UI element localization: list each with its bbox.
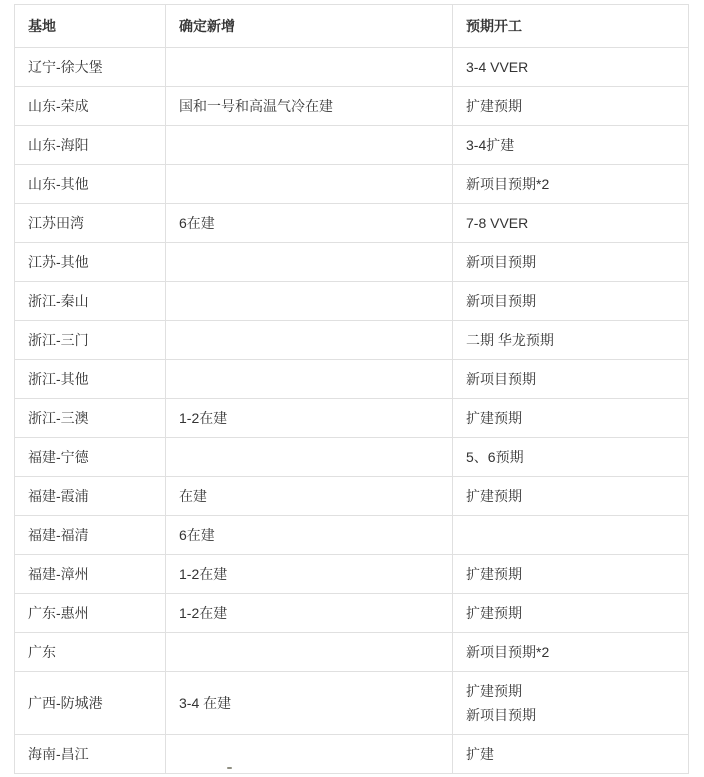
cell-base: 浙江-秦山 [15,282,166,321]
cell-confirmed [166,126,453,165]
table-row: 浙江-秦山新项目预期 [15,282,689,321]
page-artifact-dot [227,767,232,769]
cell-base: 山东-其他 [15,165,166,204]
cell-confirmed [166,633,453,672]
table-header: 基地 确定新增 预期开工 [15,5,689,48]
cell-confirmed [166,243,453,282]
cell-expected: 扩建预期 [453,477,689,516]
table-body: 辽宁-徐大堡3-4 VVER山东-荣成国和一号和高温气冷在建扩建预期山东-海阳3… [15,48,689,774]
cell-confirmed [166,165,453,204]
cell-confirmed: 3-4 在建 [166,672,453,735]
cell-expected: 扩建预期 [453,87,689,126]
cell-base: 辽宁-徐大堡 [15,48,166,87]
cell-base: 海南-昌江 [15,735,166,774]
cell-base: 江苏田湾 [15,204,166,243]
cell-confirmed [166,438,453,477]
cell-confirmed [166,48,453,87]
cell-base: 福建-福清 [15,516,166,555]
cell-expected: 新项目预期 [453,282,689,321]
cell-base: 广西-防城港 [15,672,166,735]
table-row: 福建-漳州1-2在建扩建预期 [15,555,689,594]
cell-confirmed: 6在建 [166,516,453,555]
cell-expected [453,516,689,555]
cell-confirmed: 1-2在建 [166,399,453,438]
cell-base: 山东-荣成 [15,87,166,126]
table-row: 广东-惠州1-2在建扩建预期 [15,594,689,633]
table-row: 浙江-三门二期 华龙预期 [15,321,689,360]
cell-base: 浙江-其他 [15,360,166,399]
cell-confirmed [166,360,453,399]
header-row: 基地 确定新增 预期开工 [15,5,689,48]
cell-base: 广东-惠州 [15,594,166,633]
cell-confirmed: 国和一号和高温气冷在建 [166,87,453,126]
bases-table: 基地 确定新增 预期开工 辽宁-徐大堡3-4 VVER山东-荣成国和一号和高温气… [14,4,689,774]
cell-expected: 新项目预期*2 [453,165,689,204]
cell-expected: 5、6预期 [453,438,689,477]
cell-confirmed [166,321,453,360]
cell-base: 福建-漳州 [15,555,166,594]
column-header-expected: 预期开工 [453,5,689,48]
cell-confirmed [166,282,453,321]
table-row: 江苏田湾6在建7-8 VVER [15,204,689,243]
cell-expected: 扩建 [453,735,689,774]
column-header-confirmed: 确定新增 [166,5,453,48]
table-row: 辽宁-徐大堡3-4 VVER [15,48,689,87]
cell-expected: 新项目预期*2 [453,633,689,672]
cell-expected: 新项目预期 [453,360,689,399]
table-row: 福建-宁德5、6预期 [15,438,689,477]
cell-expected: 扩建预期 新项目预期 [453,672,689,735]
cell-expected: 新项目预期 [453,243,689,282]
table-row: 山东-荣成国和一号和高温气冷在建扩建预期 [15,87,689,126]
bases-table-container: 基地 确定新增 预期开工 辽宁-徐大堡3-4 VVER山东-荣成国和一号和高温气… [14,4,688,774]
cell-base: 福建-宁德 [15,438,166,477]
cell-confirmed: 6在建 [166,204,453,243]
cell-expected: 7-8 VVER [453,204,689,243]
table-row: 山东-其他新项目预期*2 [15,165,689,204]
cell-confirmed: 1-2在建 [166,594,453,633]
table-row: 山东-海阳3-4扩建 [15,126,689,165]
table-row: 浙江-其他新项目预期 [15,360,689,399]
cell-confirmed [166,735,453,774]
table-row: 广西-防城港3-4 在建扩建预期 新项目预期 [15,672,689,735]
table-row: 广东新项目预期*2 [15,633,689,672]
cell-expected: 扩建预期 [453,594,689,633]
table-row: 福建-福清6在建 [15,516,689,555]
table-row: 江苏-其他新项目预期 [15,243,689,282]
cell-base: 浙江-三门 [15,321,166,360]
cell-expected: 3-4扩建 [453,126,689,165]
cell-confirmed: 在建 [166,477,453,516]
table-row: 海南-昌江扩建 [15,735,689,774]
column-header-base: 基地 [15,5,166,48]
cell-confirmed: 1-2在建 [166,555,453,594]
cell-base: 山东-海阳 [15,126,166,165]
cell-base: 广东 [15,633,166,672]
cell-expected: 二期 华龙预期 [453,321,689,360]
cell-base: 江苏-其他 [15,243,166,282]
cell-expected: 3-4 VVER [453,48,689,87]
cell-base: 福建-霞浦 [15,477,166,516]
cell-expected: 扩建预期 [453,555,689,594]
cell-expected: 扩建预期 [453,399,689,438]
cell-base: 浙江-三澳 [15,399,166,438]
table-row: 浙江-三澳1-2在建扩建预期 [15,399,689,438]
table-row: 福建-霞浦在建扩建预期 [15,477,689,516]
